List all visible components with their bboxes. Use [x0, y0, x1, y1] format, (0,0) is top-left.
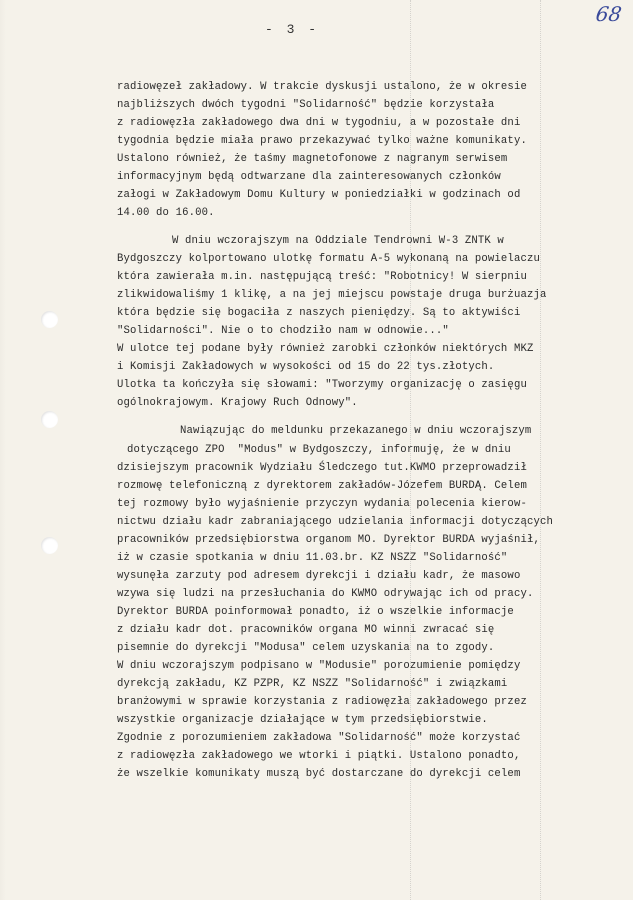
- text-line: rozmowę telefoniczną z dyrektorem zakład…: [117, 479, 527, 493]
- text-line: ogólnokrajowym. Krajowy Ruch Odnowy".: [117, 396, 358, 410]
- punch-hole: [41, 537, 58, 554]
- handwritten-folio-number: 68: [594, 2, 623, 26]
- page-number: - 3 -: [265, 22, 319, 37]
- punch-hole: [41, 311, 58, 328]
- text-line: z działu kadr dot. pracowników organa MO…: [117, 623, 494, 637]
- text-line: Bydgoszczy kolportowano ulotkę formatu A…: [117, 252, 540, 266]
- text-line: Ustalono również, że taśmy magnetofonowe…: [117, 152, 507, 166]
- text-line: pisemnie do dyrekcji "Modusa" celem uzys…: [117, 641, 494, 655]
- text-line: branżowymi w sprawie korzystania z radio…: [117, 695, 527, 709]
- text-line: najbliższych dwóch tygodni "Solidarność"…: [117, 98, 494, 112]
- text-line: Zgodnie z porozumieniem zakładowa "Solid…: [117, 731, 520, 745]
- document-page: - 3 - 68 radiowęzeł zakładowy. W trakcie…: [0, 0, 633, 900]
- text-line: która będzie się bogaciła z naszych pien…: [117, 306, 520, 320]
- paper-fold-line: [540, 0, 542, 900]
- text-line: Ulotka ta kończyła się słowami: "Tworzym…: [117, 378, 527, 392]
- text-line: wszystkie organizacje działające w tym p…: [117, 713, 488, 727]
- text-line: wysunęła zarzuty pod adresem dyrekcji i …: [117, 569, 520, 583]
- text-line: Nawiązując do meldunku przekazanego w dn…: [180, 424, 531, 438]
- text-line: zlikwidowaliśmy 1 klikę, a na jej miejsc…: [117, 288, 546, 302]
- text-line: wzywa się ludzi na przesłuchania do KWMO…: [117, 587, 533, 601]
- text-line: załogi w Zakładowym Domu Kultury w ponie…: [117, 188, 520, 202]
- punch-hole: [41, 411, 58, 428]
- text-line: dzisiejszym pracownik Wydziału Śledczego…: [117, 461, 527, 475]
- text-line: która zawierała m.in. następującą treść:…: [117, 270, 527, 284]
- text-line: z radiowęzła zakładowego dwa dni w tygod…: [117, 116, 520, 130]
- text-line: 14.00 do 16.00.: [117, 206, 215, 220]
- text-line: iż w czasie spotkania w dniu 11.03.br. K…: [117, 551, 507, 565]
- text-line: dyrekcją zakładu, KZ PZPR, KZ NSZZ "Soli…: [117, 677, 507, 691]
- text-line: W dniu wczorajszym na Oddziale Tendrowni…: [172, 234, 504, 248]
- text-line: dotyczącego ZPO "Modus" w Bydgoszczy, in…: [127, 443, 511, 457]
- text-line: pracowników przedsiębiorstwa organom MO.…: [117, 533, 540, 547]
- text-line: "Solidarności". Nie o to chodziło nam w …: [117, 324, 449, 338]
- text-line: W ulotce tej podane były również zarobki…: [117, 342, 533, 356]
- text-line: nictwu działu kadr zabraniającego udziel…: [117, 515, 553, 529]
- text-line: Dyrektor BURDA poinformował ponadto, iż …: [117, 605, 514, 619]
- text-line: informacyjnym będą odtwarzane dla zainte…: [117, 170, 501, 184]
- text-line: radiowęzeł zakładowy. W trakcie dyskusji…: [117, 80, 527, 94]
- text-line: tej rozmowy było wyjaśnienie przyczyn wy…: [117, 497, 527, 511]
- text-line: W dniu wczorajszym podpisano w "Modusie"…: [117, 659, 520, 673]
- text-line: że wszelkie komunikaty muszą być dostarc…: [117, 767, 520, 781]
- text-line: i Komisji Zakładowych w wysokości od 15 …: [117, 360, 494, 374]
- text-line: z radiowęzła zakładowego we wtorki i pią…: [117, 749, 520, 763]
- text-line: tygodnia będzie miała prawo przekazywać …: [117, 134, 527, 148]
